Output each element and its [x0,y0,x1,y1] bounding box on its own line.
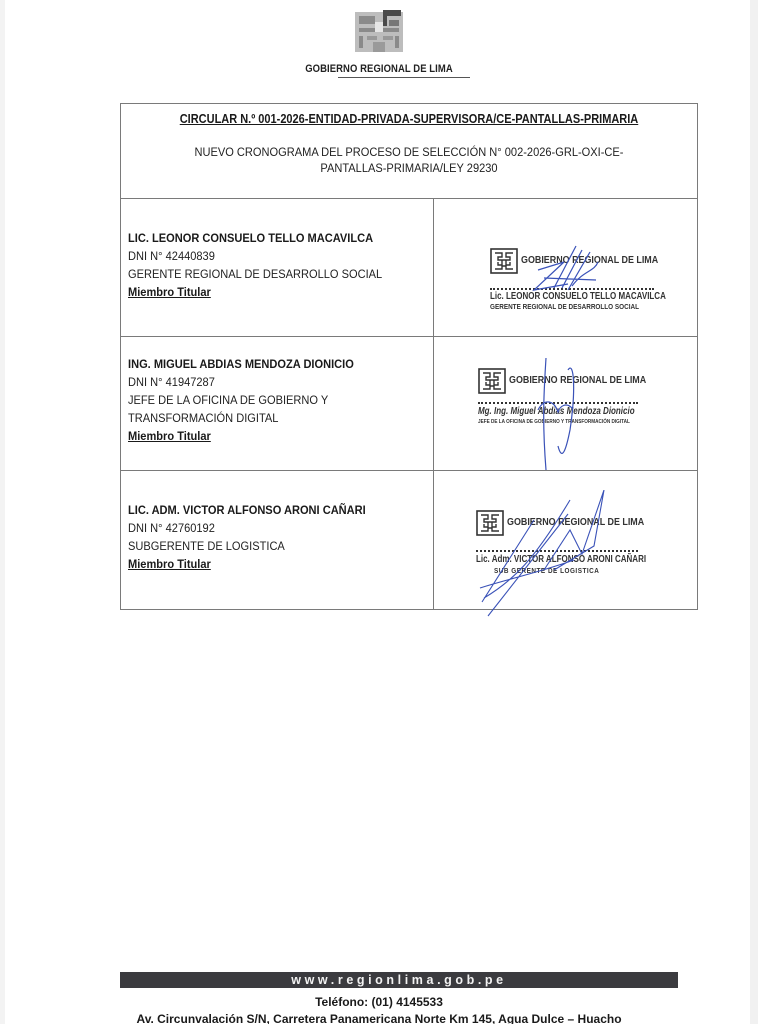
member-name: LIC. LEONOR CONSUELO TELLO MACAVILCA [128,229,382,247]
official-stamp: GOBIERNO REGIONAL DE LIMA Lic. LEONOR CO… [490,248,700,318]
circular-header-cell: CIRCULAR N.º 001-2026-ENTIDAD-PRIVADA-SU… [121,104,697,199]
member-info: LIC. ADM. VICTOR ALFONSO ARONI CAÑARI DN… [128,501,366,573]
seal-icon [476,510,504,536]
member-row: ING. MIGUEL ABDIAS MENDOZA DIONICIO DNI … [121,336,697,471]
footer-website-bar: www.regionlima.gob.pe [120,972,678,988]
member-dni: DNI N° 42440839 [128,247,382,265]
member-info: ING. MIGUEL ABDIAS MENDOZA DIONICIO DNI … [128,355,354,445]
official-stamp: GOBIERNO REGIONAL DE LIMA Lic. Adm. VICT… [476,510,691,585]
member-row: LIC. LEONOR CONSUELO TELLO MACAVILCA DNI… [121,198,697,337]
seal-icon [478,368,506,394]
circular-title: CIRCULAR N.º 001-2026-ENTIDAD-PRIVADA-SU… [156,112,663,126]
member-name: ING. MIGUEL ABDIAS MENDOZA DIONICIO [128,355,354,373]
member-dni: DNI N° 42760192 [128,519,366,537]
footer-phone: Teléfono: (01) 4145533 [0,995,758,1009]
member-position: TRANSFORMACIÓN DIGITAL [128,409,354,427]
member-role: Miembro Titular [128,427,354,445]
header-divider [338,77,470,78]
scan-edge-left [0,0,5,1024]
stamp-organization: GOBIERNO REGIONAL DE LIMA [509,374,646,386]
member-role: Miembro Titular [128,283,382,301]
gobierno-regional-lima-logo-icon [353,8,405,54]
stamp-signer-name: Lic. Adm. VICTOR ALFONSO ARONI CAÑARI [476,554,646,565]
official-stamp: GOBIERNO REGIONAL DE LIMA Mg. Ing. Migue… [478,368,693,438]
member-dni: DNI N° 41947287 [128,373,354,391]
stamp-signer-role: SUB GERENTE DE LOGISTICA [494,566,599,575]
seal-icon [490,248,518,274]
organization-name: GOBIERNO REGIONAL DE LIMA [53,63,705,75]
signature-cell: GOBIERNO REGIONAL DE LIMA Lic. LEONOR CO… [434,198,697,336]
member-info-cell: LIC. ADM. VICTOR ALFONSO ARONI CAÑARI DN… [121,470,434,609]
member-name: LIC. ADM. VICTOR ALFONSO ARONI CAÑARI [128,501,366,519]
scan-edge-right [750,0,758,1024]
footer-address: Av. Circunvalación S/N, Carretera Paname… [0,1012,758,1024]
member-info-cell: LIC. LEONOR CONSUELO TELLO MACAVILCA DNI… [121,198,434,336]
member-info: LIC. LEONOR CONSUELO TELLO MACAVILCA DNI… [128,229,382,301]
stamp-signer-name: Lic. LEONOR CONSUELO TELLO MACAVILCA [490,291,666,302]
member-position: SUBGERENTE DE LOGISTICA [128,537,366,555]
stamp-signer-role: JEFE DE LA OFICINA DE GOBIERNO Y TRANSFO… [478,419,630,425]
circular-table: CIRCULAR N.º 001-2026-ENTIDAD-PRIVADA-SU… [120,103,698,610]
stamp-organization: GOBIERNO REGIONAL DE LIMA [521,254,658,266]
signature-line [490,288,654,290]
member-role: Miembro Titular [128,555,366,573]
signature-cell: GOBIERNO REGIONAL DE LIMA Lic. Adm. VICT… [434,470,697,609]
header-logo [0,8,758,59]
member-position: JEFE DE LA OFICINA DE GOBIERNO Y [128,391,354,409]
member-row: LIC. ADM. VICTOR ALFONSO ARONI CAÑARI DN… [121,470,697,609]
member-position: GERENTE REGIONAL DE DESARROLLO SOCIAL [128,265,382,283]
stamp-organization: GOBIERNO REGIONAL DE LIMA [507,516,644,528]
stamp-signer-name: Mg. Ing. Miguel Abdias Mendoza Dionicio [478,406,635,417]
circular-subtitle: NUEVO CRONOGRAMA DEL PROCESO DE SELECCIÓ… [168,144,650,176]
stamp-signer-role: GERENTE REGIONAL DE DESARROLLO SOCIAL [490,302,639,311]
signature-line [478,402,638,404]
member-info-cell: ING. MIGUEL ABDIAS MENDOZA DIONICIO DNI … [121,336,434,470]
signature-line [476,550,638,552]
signature-cell: GOBIERNO REGIONAL DE LIMA Mg. Ing. Migue… [434,336,697,470]
